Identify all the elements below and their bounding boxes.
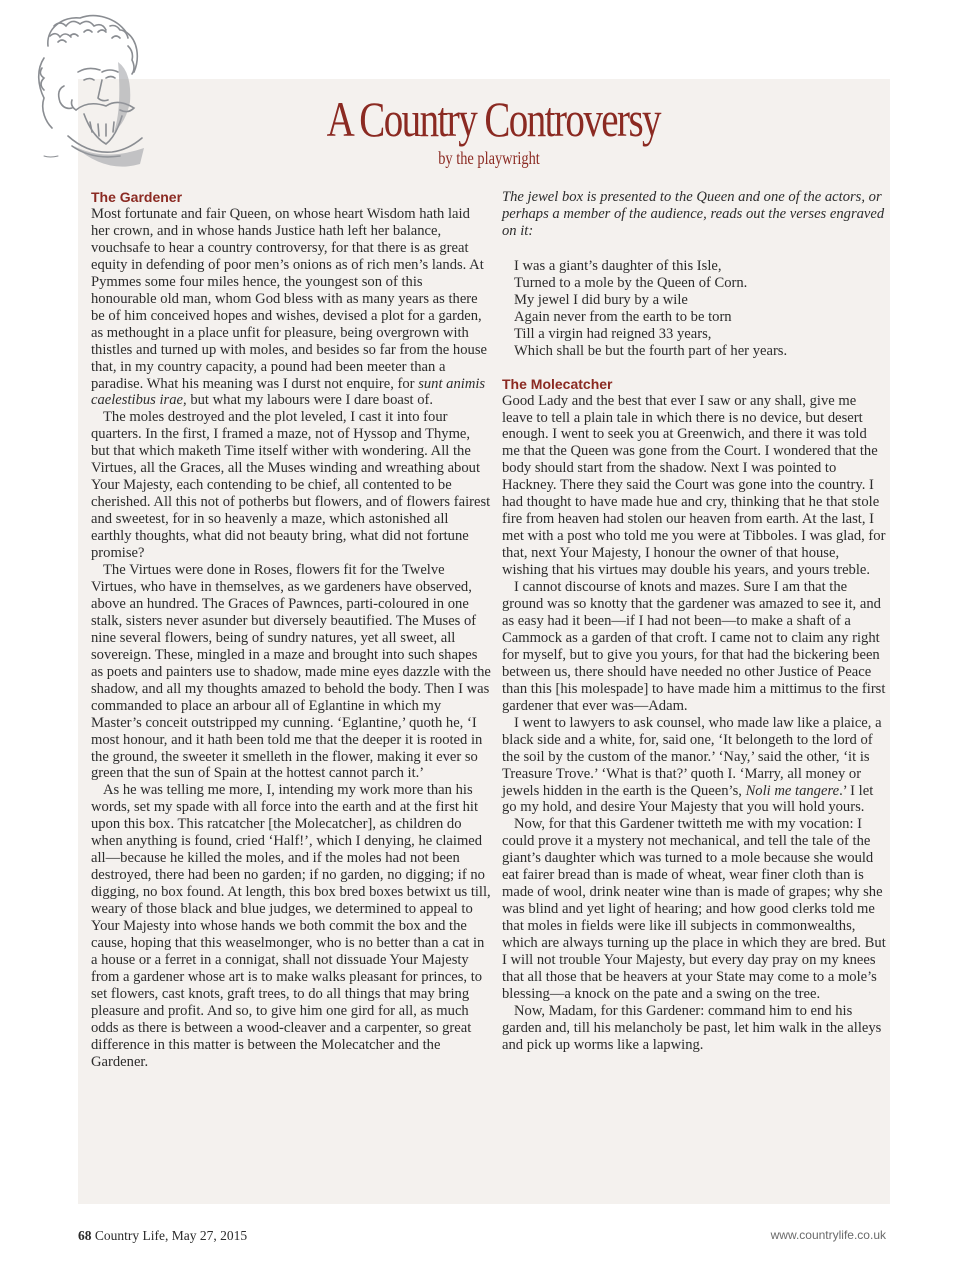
portrait-engraving-icon	[18, 6, 158, 176]
stage-direction: The jewel box is presented to the Queen …	[502, 189, 887, 240]
verse-line: Which shall be but the fourth part of he…	[514, 343, 887, 360]
verse-line: My jewel I did bury by a wile	[514, 292, 887, 309]
gardener-paragraph-4: As he was telling me more, I, intending …	[91, 782, 491, 1070]
paragraph-text: Most fortunate and fair Queen, on whose …	[91, 206, 487, 392]
website-link[interactable]: www.countrylife.co.uk	[771, 1228, 886, 1242]
engraved-verse: I was a giant’s daughter of this Isle, T…	[514, 258, 887, 360]
latin-phrase: Noli me tangere	[746, 783, 840, 799]
page-number: 68	[78, 1228, 92, 1243]
molecatcher-paragraph-4: Now, for that this Gardener twitteth me …	[502, 816, 887, 1002]
verse-line: Again never from the earth to be torn	[514, 309, 887, 326]
molecatcher-paragraph-2: I cannot discourse of knots and mazes. S…	[502, 579, 887, 715]
molecatcher-paragraph-1: Good Lady and the best that ever I saw o…	[502, 393, 887, 579]
section-heading-gardener: The Gardener	[91, 189, 491, 206]
section-heading-molecatcher: The Molecatcher	[502, 376, 887, 393]
paragraph-text: , but what my labours were I dare boast …	[183, 392, 433, 408]
publication-info: Country Life, May 27, 2015	[92, 1228, 248, 1243]
left-column: The Gardener Most fortunate and fair Que…	[91, 189, 491, 1071]
verse-line: I was a giant’s daughter of this Isle,	[514, 258, 887, 275]
article-title: A Country Controversy	[111, 92, 875, 146]
gardener-paragraph-3: The Virtues were done in Roses, flowers …	[91, 562, 491, 782]
verse-line: Turned to a mole by the Queen of Corn.	[514, 275, 887, 292]
gardener-paragraph-2: The moles destroyed and the plot leveled…	[91, 409, 491, 562]
molecatcher-paragraph-5: Now, Madam, for this Gardener: command h…	[502, 1003, 887, 1054]
gardener-paragraph-1: Most fortunate and fair Queen, on whose …	[91, 206, 491, 409]
article-title-text: A Country Controversy	[327, 92, 660, 146]
page-footer-left: 68 Country Life, May 27, 2015	[78, 1228, 247, 1244]
article-byline: by the playwright	[97, 148, 881, 169]
verse-line: Till a virgin had reigned 33 years,	[514, 326, 887, 343]
molecatcher-paragraph-3: I went to lawyers to ask counsel, who ma…	[502, 715, 887, 817]
right-column: The jewel box is presented to the Queen …	[502, 189, 887, 1054]
